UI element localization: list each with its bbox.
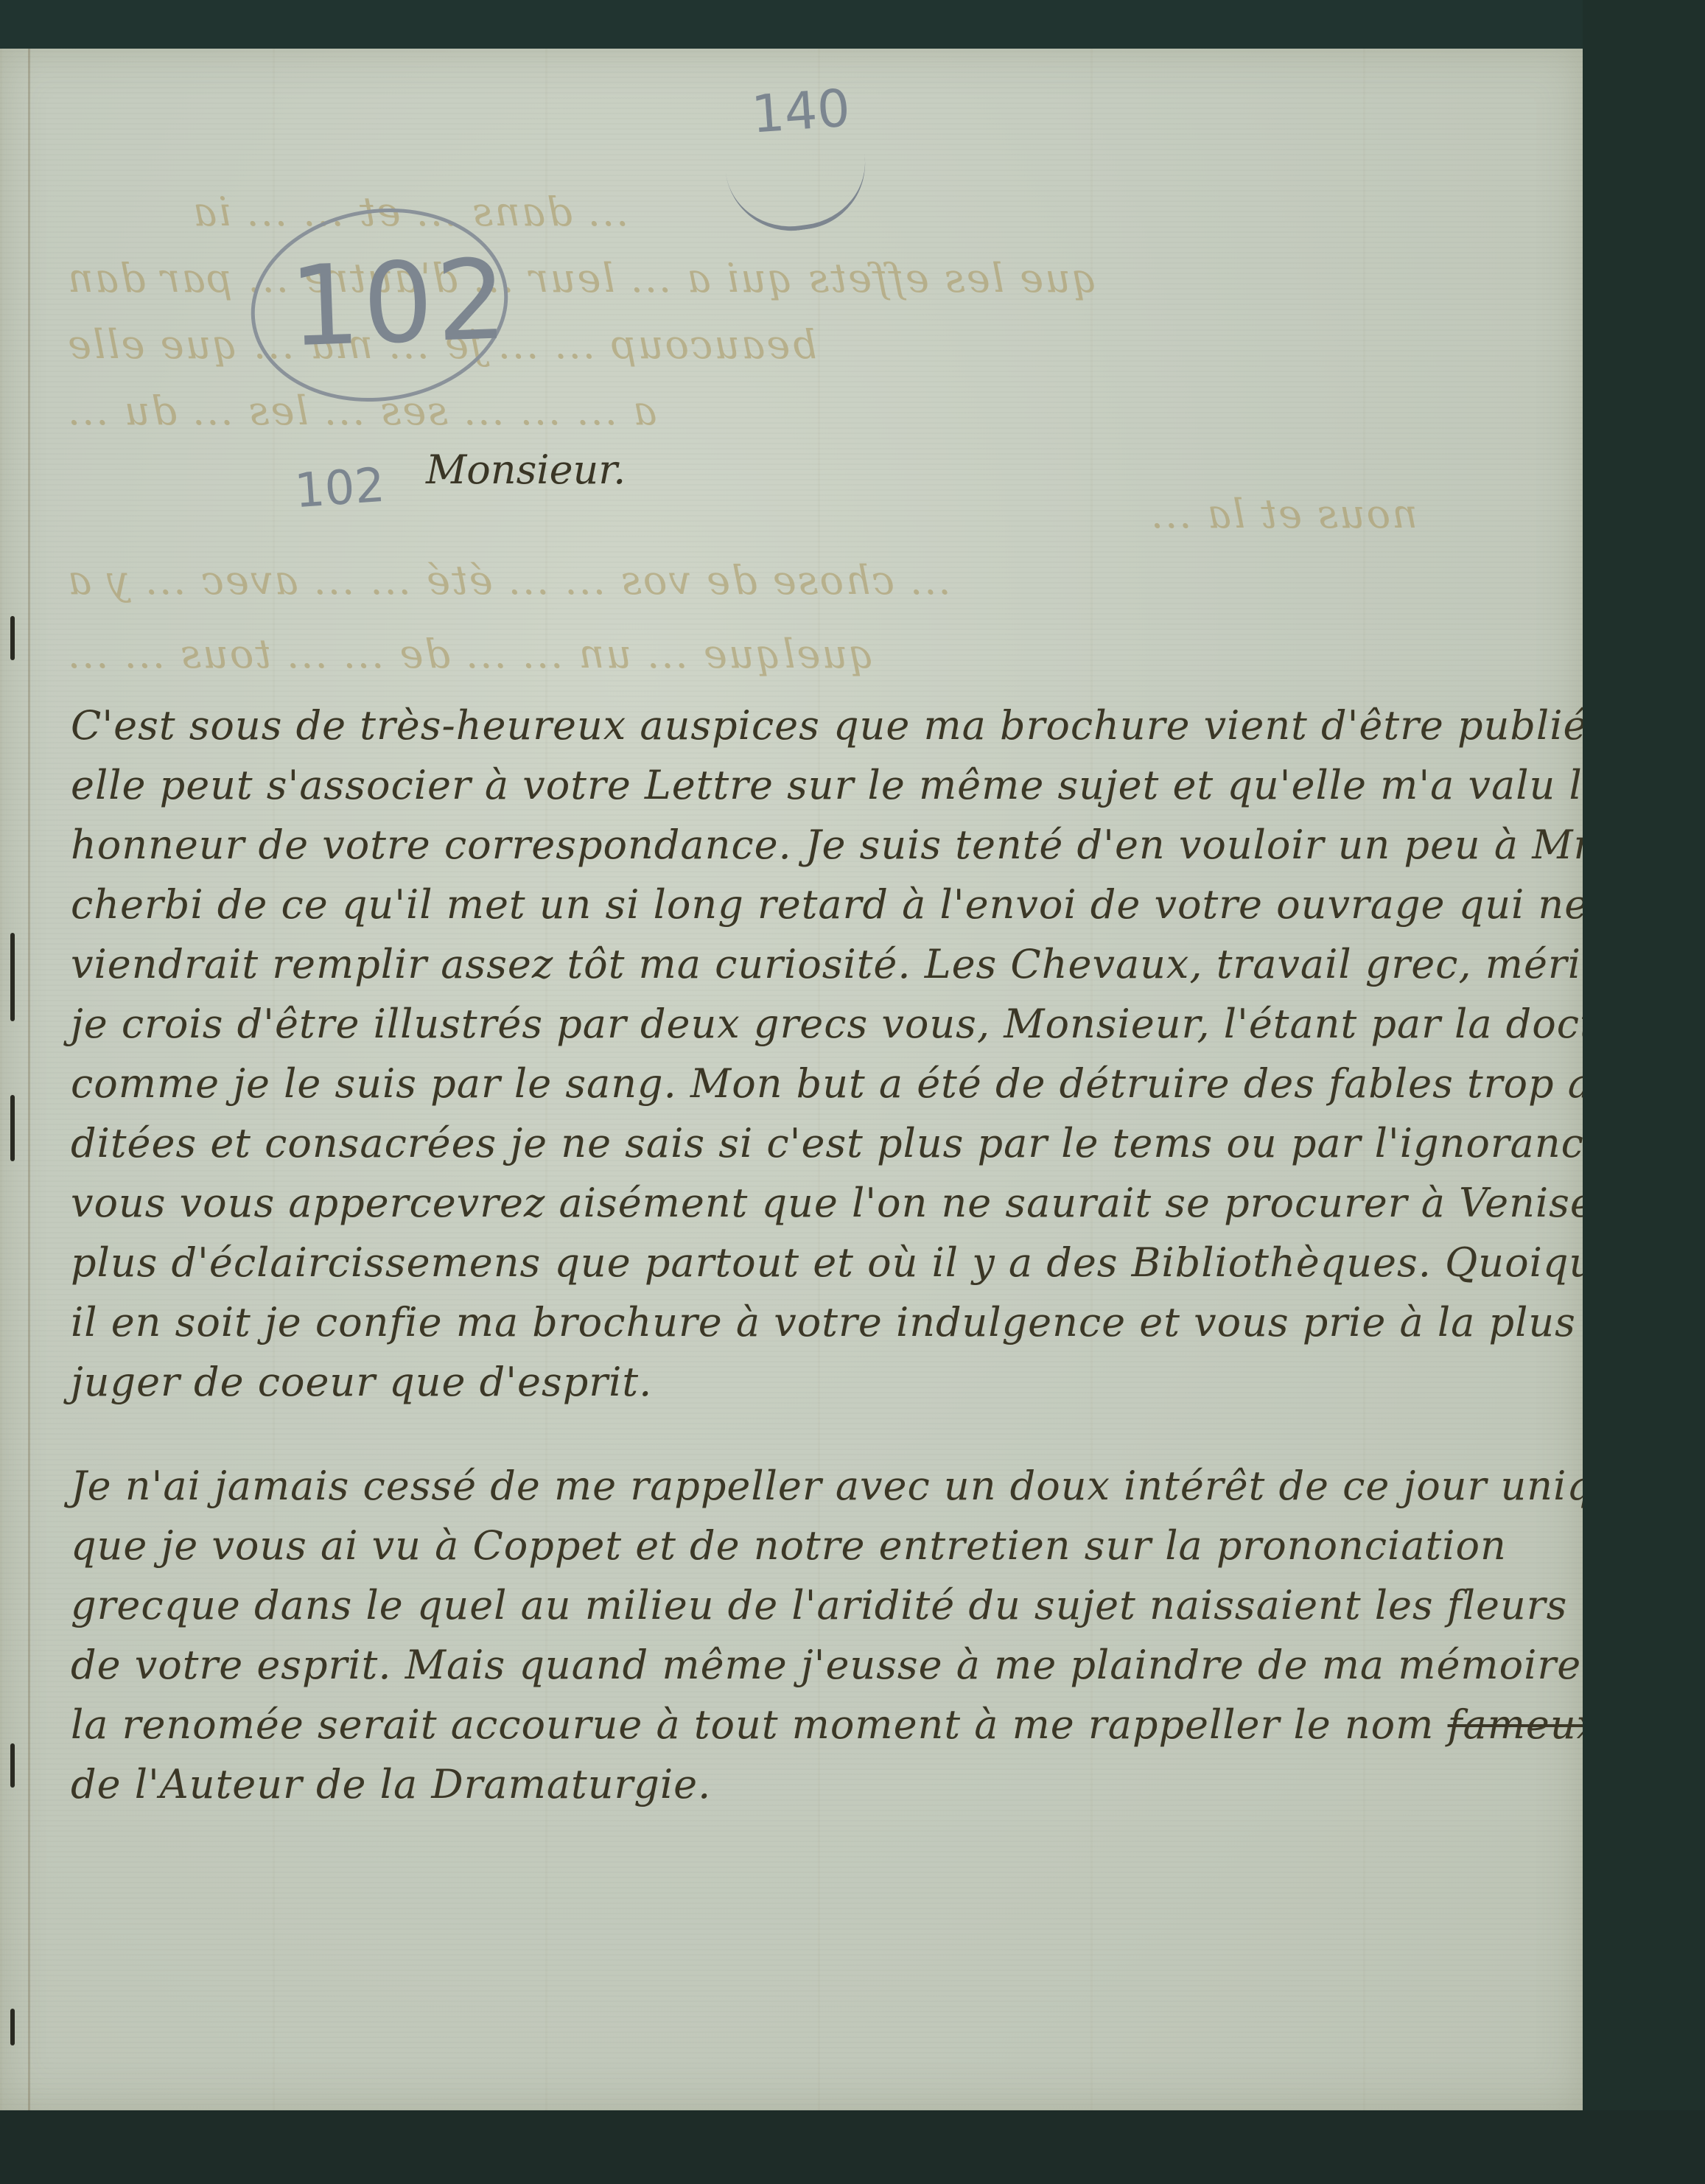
bleed-through-line: ... chose de vos ... ... été ... ... ave… [66, 557, 951, 603]
text-line-with-strike: la renomée serait accourue à tout moment… [71, 1695, 1625, 1754]
bleed-through-line: quelque ... un ... ... de ... ... tous .… [66, 631, 875, 677]
text-line: ditées et consacrées je ne sais si c'est… [71, 1113, 1625, 1173]
paragraph-1: C'est sous de très-heureux auspices que … [71, 696, 1625, 1412]
letter-body: C'est sous de très-heureux auspices que … [71, 696, 1625, 1814]
text-line: grecque dans le quel au milieu de l'arid… [71, 1575, 1625, 1635]
binding-mark [10, 1095, 15, 1161]
text-line: plus d'éclaircissemens que partout et où… [71, 1233, 1625, 1292]
margin-pencil-number: 102 [293, 458, 387, 519]
text-line: cherbi de ce qu'il met un si long retard… [71, 875, 1625, 934]
text-line: honneur de votre correspondance. Je suis… [71, 815, 1625, 875]
binding-mark [10, 1743, 15, 1788]
text-line: de l'Auteur de la Dramaturgie. [71, 1754, 1625, 1814]
text-line: la renomée serait accourue à tout moment… [71, 1701, 1434, 1748]
bleed-through-line: que les effets qui a ... leur ... d'autr… [66, 255, 1097, 301]
paragraph-2: Je n'ai jamais cessé de me rappeller ave… [71, 1456, 1625, 1814]
scan-frame-bottom [0, 2110, 1705, 2184]
top-pencil-number: 140 [749, 77, 852, 144]
text-line: Je n'ai jamais cessé de me rappeller ave… [71, 1456, 1625, 1516]
text-line: de votre esprit. Mais quand même j'eusse… [71, 1635, 1625, 1695]
text-line: comme je le suis par le sang. Mon but a … [71, 1054, 1625, 1113]
binding-mark [10, 933, 15, 1021]
scan-frame-right [1583, 0, 1705, 2184]
binding-mark [10, 616, 15, 660]
pencil-arc-mark [725, 150, 874, 239]
struck-out-word: fameux [1448, 1701, 1600, 1748]
text-line: il en soit je confie ma brochure à votre… [71, 1292, 1625, 1352]
circled-number-text: 102 [287, 236, 511, 371]
bleed-through-line: nous et la ... [1149, 491, 1418, 537]
paragraph-gap [71, 1412, 1625, 1456]
text-line: vous vous appercevrez aisément que l'on … [71, 1173, 1625, 1233]
salutation: Monsieur. [426, 447, 626, 493]
text-line: viendrait remplir assez tôt ma curiosité… [71, 934, 1625, 994]
text-line: que je vous ai vu à Coppet et de notre e… [71, 1516, 1625, 1575]
binding-mark [10, 2009, 15, 2045]
manuscript-page: ... dans ... et ... ... ia que les effet… [0, 49, 1583, 2110]
text-line: C'est sous de très-heureux auspices que … [71, 696, 1625, 755]
text-line: juger de coeur que d'esprit. [71, 1352, 1625, 1412]
page-fold-line [28, 49, 30, 2110]
text-line: je crois d'être illustrés par deux grecs… [71, 994, 1625, 1054]
text-line: elle peut s'associer à votre Lettre sur … [71, 755, 1625, 815]
scan-frame-top [0, 0, 1705, 49]
